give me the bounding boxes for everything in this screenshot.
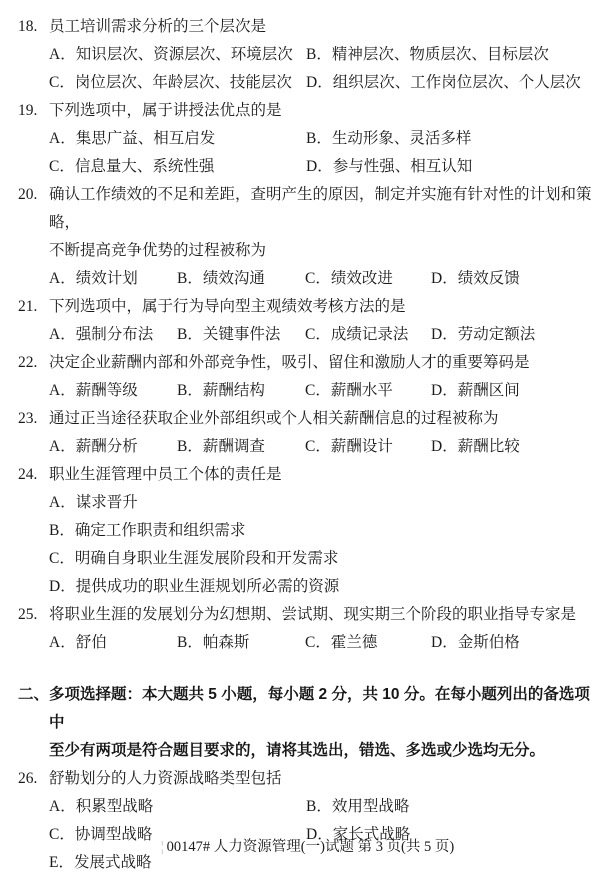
question-stem: 通过正当途径获取企业外部组织或个人相关薪酬信息的过程被称为	[49, 410, 499, 427]
option-a: A．集思广益、相互启发	[49, 125, 306, 153]
option-b: B．绩效沟通	[177, 265, 305, 293]
question-18: 18.员工培训需求分析的三个层次是 A．知识层次、资源层次、环境层次 B．精神层…	[18, 13, 601, 97]
question-stem: 职业生涯管理中员工个体的责任是	[49, 466, 282, 483]
question-stem-line: 21.下列选项中，属于行为导向型主观绩效考核方法的是	[18, 293, 601, 321]
option-a: A．薪酬分析	[49, 433, 177, 461]
option-a: A．谋求晋升	[49, 489, 601, 517]
scan-artifact-mark: ¦	[161, 839, 164, 855]
question-number: 20.	[18, 181, 49, 209]
question-number: 22.	[18, 349, 49, 377]
question-20: 20.确认工作绩效的不足和差距，查明产生的原因，制定并实施有针对性的计划和策略，…	[18, 181, 601, 293]
option-a: A．薪酬等级	[49, 377, 177, 405]
page-footer: ¦00147# 人力资源管理(一)试题 第 3 页(共 5 页)	[0, 836, 615, 858]
question-19: 19.下列选项中，属于讲授法优点的是 A．集思广益、相互启发 B．生动形象、灵活…	[18, 97, 601, 181]
options-list: A．薪酬分析 B．薪酬调查 C．薪酬设计 D．薪酬比较	[18, 433, 601, 461]
option-b: B．确定工作职责和组织需求	[49, 517, 601, 545]
option-b: B．生动形象、灵活多样	[306, 125, 601, 153]
option-d: D．组织层次、工作岗位层次、个人层次	[306, 69, 601, 97]
question-26: 26.舒勒划分的人力资源战略类型包括 A．积累型战略 B．效用型战略 C．协调型…	[18, 765, 601, 875]
option-b: B．薪酬结构	[177, 377, 305, 405]
option-d: D．金斯伯格	[431, 629, 601, 657]
question-stem: 下列选项中，属于讲授法优点的是	[49, 102, 282, 119]
option-d: D．提供成功的职业生涯规划所必需的资源	[49, 573, 601, 601]
question-stem: 确认工作绩效的不足和差距，查明产生的原因，制定并实施有针对性的计划和策略，	[49, 186, 592, 231]
option-a: A．积累型战略	[49, 793, 306, 821]
question-stem-line: 23.通过正当途径获取企业外部组织或个人相关薪酬信息的过程被称为	[18, 405, 601, 433]
question-25: 25.将职业生涯的发展划分为幻想期、尝试期、现实期三个阶段的职业指导专家是 A．…	[18, 601, 601, 657]
question-number: 18.	[18, 13, 49, 41]
option-c: C．明确自身职业生涯发展阶段和开发需求	[49, 545, 601, 573]
option-c: C．成绩记录法	[305, 321, 431, 349]
option-b: B．薪酬调查	[177, 433, 305, 461]
question-stem-line: 26.舒勒划分的人力资源战略类型包括	[18, 765, 601, 793]
question-23: 23.通过正当途径获取企业外部组织或个人相关薪酬信息的过程被称为 A．薪酬分析 …	[18, 405, 601, 461]
question-number: 19.	[18, 97, 49, 125]
question-stem-line: 25.将职业生涯的发展划分为幻想期、尝试期、现实期三个阶段的职业指导专家是	[18, 601, 601, 629]
question-stem: 决定企业薪酬内部和外部竞争性，吸引、留住和激励人才的重要筹码是	[49, 354, 530, 371]
question-number: 23.	[18, 405, 49, 433]
option-d: D．劳动定额法	[431, 321, 601, 349]
options-list: A．绩效计划 B．绩效沟通 C．绩效改进 D．绩效反馈	[18, 265, 601, 293]
question-stem: 将职业生涯的发展划分为幻想期、尝试期、现实期三个阶段的职业指导专家是	[49, 606, 576, 623]
option-b: B．帕森斯	[177, 629, 305, 657]
question-21: 21.下列选项中，属于行为导向型主观绩效考核方法的是 A．强制分布法 B．关键事…	[18, 293, 601, 349]
question-stem: 舒勒划分的人力资源战略类型包括	[49, 770, 282, 787]
question-stem: 下列选项中，属于行为导向型主观绩效考核方法的是	[49, 298, 406, 315]
section-header-line-2: 至少有两项是符合题目要求的，请将其选出，错选、多选或少选均无分。	[18, 737, 601, 765]
question-number: 24.	[18, 461, 49, 489]
options-list: A．知识层次、资源层次、环境层次 B．精神层次、物质层次、目标层次 C．岗位层次…	[18, 41, 601, 97]
question-stem-line: 19.下列选项中，属于讲授法优点的是	[18, 97, 601, 125]
option-b: B．关键事件法	[177, 321, 305, 349]
option-c: C．薪酬设计	[305, 433, 431, 461]
page-footer-text: 00147# 人力资源管理(一)试题 第 3 页(共 5 页)	[167, 839, 455, 855]
option-a: A．强制分布法	[49, 321, 177, 349]
option-c: C．霍兰德	[305, 629, 431, 657]
options-list: A．强制分布法 B．关键事件法 C．成绩记录法 D．劳动定额法	[18, 321, 601, 349]
option-c: C．岗位层次、年龄层次、技能层次	[49, 69, 306, 97]
question-number: 21.	[18, 293, 49, 321]
option-d: D．薪酬区间	[431, 377, 601, 405]
question-number: 25.	[18, 601, 49, 629]
question-number: 26.	[18, 765, 49, 793]
options-list: A．薪酬等级 B．薪酬结构 C．薪酬水平 D．薪酬区间	[18, 377, 601, 405]
option-d: D．参与性强、相互认知	[306, 153, 601, 181]
option-b: B．效用型战略	[306, 793, 601, 821]
option-c: C．绩效改进	[305, 265, 431, 293]
option-a: A．舒伯	[49, 629, 177, 657]
option-b: B．精神层次、物质层次、目标层次	[306, 41, 601, 69]
question-stem: 员工培训需求分析的三个层次是	[49, 18, 266, 35]
option-c: C．信息量大、系统性强	[49, 153, 306, 181]
question-24: 24.职业生涯管理中员工个体的责任是 A．谋求晋升 B．确定工作职责和组织需求 …	[18, 461, 601, 601]
option-c: C．薪酬水平	[305, 377, 431, 405]
option-a: A．绩效计划	[49, 265, 177, 293]
question-stem-line: 24.职业生涯管理中员工个体的责任是	[18, 461, 601, 489]
section-number: 二、	[18, 681, 49, 709]
exam-paper-page: 18.员工培训需求分析的三个层次是 A．知识层次、资源层次、环境层次 B．精神层…	[0, 0, 615, 875]
options-list: A．积累型战略 B．效用型战略 C．协调型战略 D．家长式战略 E．发展式战略	[18, 793, 601, 875]
options-list: A．谋求晋升 B．确定工作职责和组织需求 C．明确自身职业生涯发展阶段和开发需求…	[18, 489, 601, 601]
option-d: D．薪酬比较	[431, 433, 601, 461]
option-d: D．绩效反馈	[431, 265, 601, 293]
question-22: 22.决定企业薪酬内部和外部竞争性，吸引、留住和激励人才的重要筹码是 A．薪酬等…	[18, 349, 601, 405]
section-header-line-1: 二、多项选择题：本大题共 5 小题，每小题 2 分，共 10 分。在每小题列出的…	[18, 681, 601, 737]
options-list: A．集思广益、相互启发 B．生动形象、灵活多样 C．信息量大、系统性强 D．参与…	[18, 125, 601, 181]
question-stem-continuation: 不断提高竞争优势的过程被称为	[18, 237, 601, 265]
options-list: A．舒伯 B．帕森斯 C．霍兰德 D．金斯伯格	[18, 629, 601, 657]
section-2-header: 二、多项选择题：本大题共 5 小题，每小题 2 分，共 10 分。在每小题列出的…	[18, 681, 601, 765]
section-instructions: 多项选择题：本大题共 5 小题，每小题 2 分，共 10 分。在每小题列出的备选…	[49, 686, 590, 731]
question-stem-line: 20.确认工作绩效的不足和差距，查明产生的原因，制定并实施有针对性的计划和策略，	[18, 181, 601, 237]
question-stem-line: 22.决定企业薪酬内部和外部竞争性，吸引、留住和激励人才的重要筹码是	[18, 349, 601, 377]
option-a: A．知识层次、资源层次、环境层次	[49, 41, 306, 69]
question-stem-line: 18.员工培训需求分析的三个层次是	[18, 13, 601, 41]
